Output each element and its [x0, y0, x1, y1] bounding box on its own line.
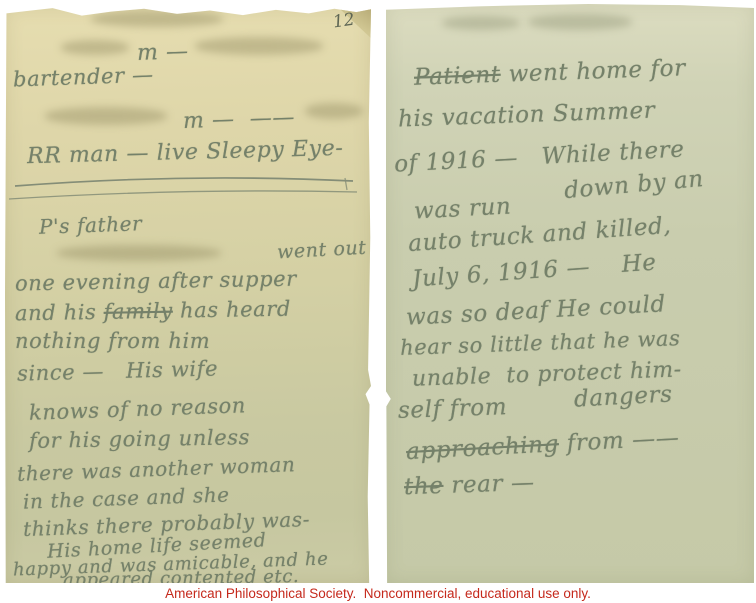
handwriting-line: dangers — [573, 381, 673, 412]
handwriting-line: m — —— — [183, 105, 296, 134]
divider-rule — [5, 170, 369, 204]
handwriting-word: and his — [15, 300, 97, 325]
redacted-name-blur — [305, 103, 363, 119]
handwriting-line: knows of no reason — [29, 393, 247, 425]
handwriting-line: nothing from him — [15, 329, 210, 353]
handwriting-line: his vacation Summer — [398, 98, 656, 133]
redacted-name-blur — [91, 11, 223, 27]
struck-word: approaching — [406, 431, 560, 465]
handwriting-word: rear — — [451, 470, 535, 499]
handwriting-line: down by an — [563, 166, 705, 204]
handwriting-line: there was another woman — [17, 452, 296, 486]
page-number: 12 — [332, 10, 356, 33]
scanned-notebook-pages: 12 m — bartender — m — —— RR man — live … — [0, 0, 756, 603]
handwriting-line: in the case and she — [23, 482, 230, 513]
handwriting-line: for his going unless — [29, 425, 250, 453]
struck-word: family — [103, 299, 173, 324]
struck-word: the — [404, 473, 444, 500]
handwriting-line: hear so little that he was — [400, 326, 681, 360]
redacted-name-blur — [45, 107, 167, 125]
left-notebook-page: 12 m — bartender — m — —— RR man — live … — [5, 7, 371, 583]
handwriting-line: Patient went home for — [414, 55, 687, 90]
handwriting-line: the rear — — [404, 470, 535, 501]
handwriting-line: approaching from —— — [406, 425, 681, 465]
handwriting-line: bartender — — [13, 63, 154, 92]
handwriting-word: went home for — [508, 55, 686, 87]
section-heading: P's father — [39, 211, 143, 239]
redacted-name-blur — [61, 40, 129, 55]
handwriting-line: and his family has heard — [15, 297, 291, 326]
handwriting-line: went out — [276, 237, 367, 264]
handwriting-line: July 6, 1916 — He — [411, 249, 657, 292]
handwriting-line: appeared contented etc. — [63, 566, 300, 583]
handwriting-line: RR man — live Sleepy Eye- — [27, 136, 344, 169]
handwriting-line: was run — [413, 193, 512, 224]
redacted-name-blur — [57, 245, 221, 261]
handwriting-line: self from — [398, 394, 508, 424]
handwriting-line: was so deaf He could — [405, 291, 666, 331]
right-notebook-page: Patient went home for his vacation Summe… — [386, 4, 754, 583]
handwriting-word: from —— — [566, 425, 680, 457]
redacted-name-blur — [195, 37, 323, 55]
handwriting-line: since — His wife — [17, 356, 219, 385]
handwriting-word: has heard — [180, 297, 291, 323]
redacted-name-blur — [442, 16, 520, 30]
redacted-name-blur — [528, 14, 632, 30]
handwriting-line: one evening after supper — [15, 267, 297, 296]
struck-word: Patient — [414, 62, 501, 91]
usage-caption: American Philosophical Society. Noncomme… — [0, 586, 756, 601]
